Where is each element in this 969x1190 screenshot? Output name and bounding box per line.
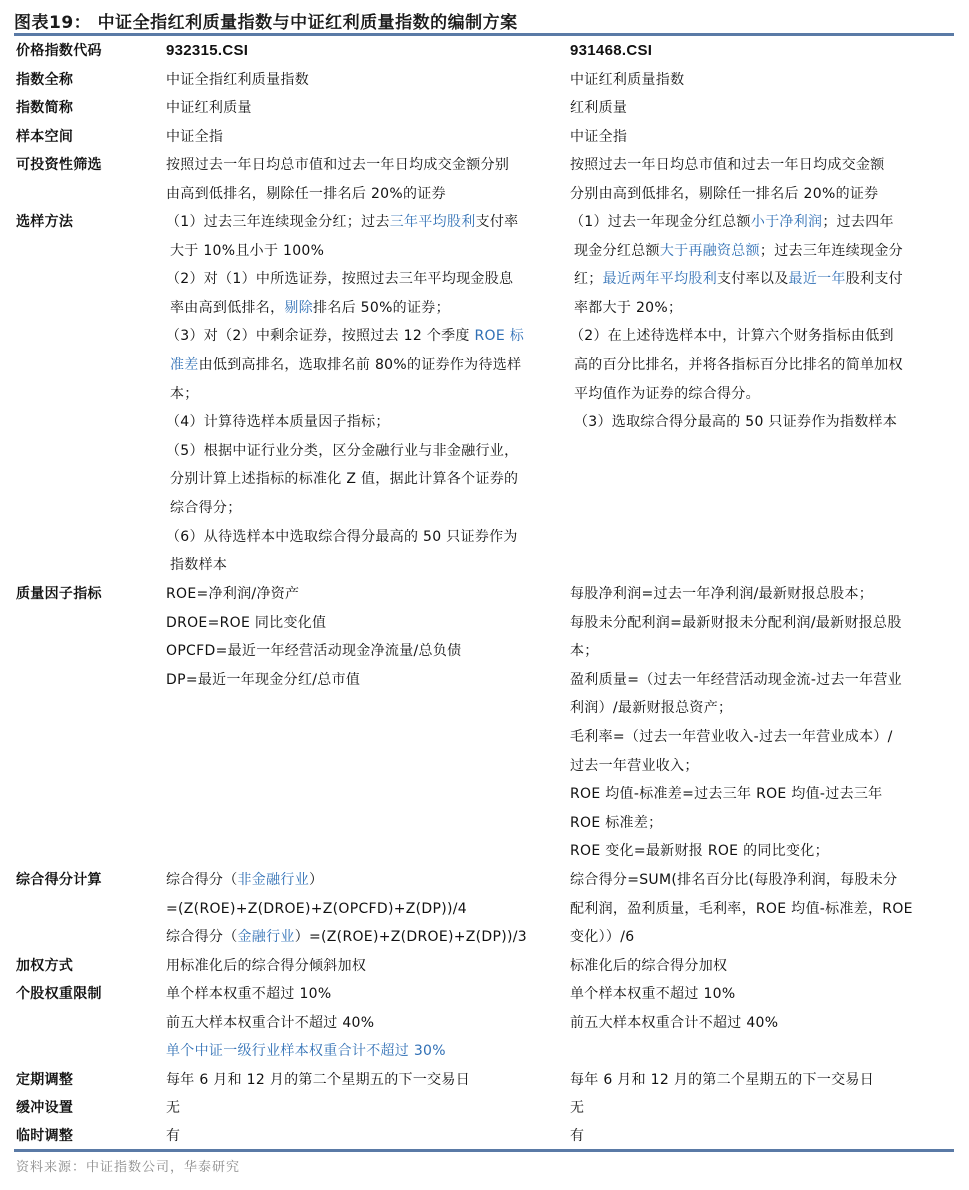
text-line: 按照过去一年日均总市值和过去一年日均成交金额分别 [166, 151, 566, 180]
row-label: 综合得分计算 [16, 866, 102, 895]
text-line: （2）在上述待选样本中，计算六个财务指标由低到 [570, 322, 960, 351]
text-line: ROE=净利润/净资产 [166, 580, 566, 609]
row-label: 临时调整 [16, 1122, 73, 1151]
row-label: 价格指数代码 [16, 37, 102, 66]
text: 由低到高排名，选取排名前 80%的证券作为待选样 [199, 357, 522, 373]
text-line: =(Z(ROE)+Z(DROE)+Z(OPCFD)+Z(DP))/4 [166, 895, 566, 924]
text-line: 毛利率=（过去一年营业收入-过去一年营业成本）/ [570, 723, 960, 752]
text: ） [309, 872, 323, 888]
rebalance-b: 每年 6 月和 12 月的第二个星期五的下一交易日 [570, 1066, 960, 1095]
text-line: 由高到低排名，剔除任一排名后 20%的证券 [166, 180, 566, 209]
row-label: 个股权重限制 [16, 980, 102, 1009]
figure-title: 图表19： 中证全指红利质量指数与中证红利质量指数的编制方案 [14, 8, 518, 33]
text-line: ROE 均值-标准差=过去三年 ROE 均值-过去三年 [570, 780, 960, 809]
text-line: DP=最近一年现金分红/总市值 [166, 666, 566, 695]
text-line: 每股未分配利润=最新财报未分配利润/最新财报总股 [570, 609, 960, 638]
text: （1）过去三年连续现金分红；过去 [166, 214, 390, 230]
text-line: 每股净利润=过去一年净利润/最新财报总股本； [570, 580, 960, 609]
text-line: （5）根据中证行业分类，区分金融行业与非金融行业， [166, 437, 566, 466]
text: 支付率以及 [717, 271, 789, 287]
text-line: 单个样本权重不超过 10% [166, 980, 566, 1009]
full-name-b: 中证红利质量指数 [570, 66, 960, 95]
text-line: ROE 变化=最新财报 ROE 的同比变化； [570, 837, 960, 866]
source-note: 资料来源：中证指数公司，华泰研究 [16, 1156, 240, 1175]
text-line: 综合得分=SUM(排名百分比(每股净利润，每股未分 [570, 866, 960, 895]
text: 股利支付 [846, 271, 903, 287]
text-line: 前五大样本权重合计不超过 40% [166, 1009, 566, 1038]
text-line: 分别由高到低排名，剔除任一排名后 20%的证券 [570, 180, 960, 209]
text-line: OPCFD=最近一年经营活动现金净流量/总负债 [166, 637, 566, 666]
text: 率由高到低排名， [170, 300, 284, 316]
row-label: 缓冲设置 [16, 1094, 73, 1123]
text-line: （2）对（1）中所选证券，按照过去三年平均现金股息 [166, 265, 566, 294]
text-line: 率都大于 20%； [570, 294, 960, 323]
text: 综合得分（ [166, 929, 238, 945]
text-line: 大于 10%且小于 100% [166, 237, 566, 266]
short-name-a: 中证红利质量 [166, 94, 566, 123]
index-code-b: 931468.CSI [570, 37, 960, 66]
text-line: （6）从待选样本中选取综合得分最高的 50 只证券作为 [166, 523, 566, 552]
adhoc-b: 有 [570, 1122, 960, 1151]
text-line: 本； [166, 380, 566, 409]
row-label: 样本空间 [16, 123, 73, 152]
text-line: （4）计算待选样本质量因子指标； [166, 408, 566, 437]
buffer-b: 无 [570, 1094, 960, 1123]
rebalance-a: 每年 6 月和 12 月的第二个星期五的下一交易日 [166, 1066, 566, 1095]
highlight-text: 金融行业 [238, 929, 295, 945]
universe-a: 中证全指 [166, 123, 566, 152]
text-line: 变化））/6 [570, 923, 960, 952]
text-line: 综合得分； [166, 494, 566, 523]
text-line: 平均值作为证券的综合得分。 [570, 380, 960, 409]
text-line: DROE=ROE 同比变化值 [166, 609, 566, 638]
text-line: 前五大样本权重合计不超过 40% [570, 1009, 960, 1038]
highlight-text: 单个中证一级行业样本权重合计不超过 30% [166, 1037, 566, 1066]
text: 支付率 [476, 214, 519, 230]
bottom-rule [14, 1149, 954, 1152]
text-line: 过去一年营业收入； [570, 752, 960, 781]
adhoc-a: 有 [166, 1122, 566, 1151]
text-line: 分别计算上述指标的标准化 Z 值，据此计算各个证券的 [166, 465, 566, 494]
weighting-b: 标准化后的综合得分加权 [570, 952, 960, 981]
buffer-a: 无 [166, 1094, 566, 1123]
text: 红； [574, 271, 603, 287]
text-line: ROE 标准差； [570, 809, 960, 838]
text: ）=(Z(ROE)+Z(DROE)+Z(DP))/3 [295, 929, 527, 945]
row-label: 加权方式 [16, 952, 73, 981]
top-rule [14, 33, 954, 36]
text: （3）对（2）中剩余证券，按照过去 12 个季度 [166, 328, 474, 344]
index-code-a: 932315.CSI [166, 37, 566, 66]
text-line: 盈利质量=（过去一年经营活动现金流-过去一年营业 [570, 666, 960, 695]
highlight-text: 大于再融资总额 [660, 243, 760, 259]
text-line: 按照过去一年日均总市值和过去一年日均成交金额 [570, 151, 960, 180]
full-name-a: 中证全指红利质量指数 [166, 66, 566, 95]
universe-b: 中证全指 [570, 123, 960, 152]
text-line: 指数样本 [166, 551, 566, 580]
highlight-text: ROE 标 [474, 328, 524, 344]
highlight-text: 非金融行业 [238, 872, 310, 888]
row-label: 指数简称 [16, 94, 73, 123]
text: （1）过去一年现金分红总额 [570, 214, 751, 230]
row-label: 质量因子指标 [16, 580, 102, 609]
text-line: 利润）/最新财报总资产； [570, 694, 960, 723]
row-label: 指数全称 [16, 66, 73, 95]
text: 现金分红总额 [574, 243, 660, 259]
text: 排名后 50%的证券； [313, 300, 450, 316]
short-name-b: 红利质量 [570, 94, 960, 123]
highlight-text: 剔除 [284, 300, 313, 316]
highlight-text: 小于净利润 [751, 214, 823, 230]
row-label: 选样方法 [16, 208, 73, 237]
highlight-text: 准差 [170, 357, 199, 373]
text-line: （3）选取综合得分最高的 50 只证券作为指数样本 [570, 408, 960, 437]
text: 综合得分（ [166, 872, 238, 888]
text-line: 单个样本权重不超过 10% [570, 980, 960, 1009]
row-label: 可投资性筛选 [16, 151, 102, 180]
weighting-a: 用标准化后的综合得分倾斜加权 [166, 952, 566, 981]
text-line: 高的百分比排名，并将各指标百分比排名的简单加权 [570, 351, 960, 380]
highlight-text: 三年平均股利 [390, 214, 476, 230]
highlight-text: 最近一年 [789, 271, 846, 287]
text: ；过去三年连续现金分 [760, 243, 903, 259]
text: ；过去四年 [822, 214, 894, 230]
row-label: 定期调整 [16, 1066, 73, 1095]
text-line: 本； [570, 637, 960, 666]
text-line: 配利润，盈利质量，毛利率，ROE 均值-标准差，ROE [570, 895, 960, 924]
highlight-text: 最近两年平均股利 [603, 271, 717, 287]
